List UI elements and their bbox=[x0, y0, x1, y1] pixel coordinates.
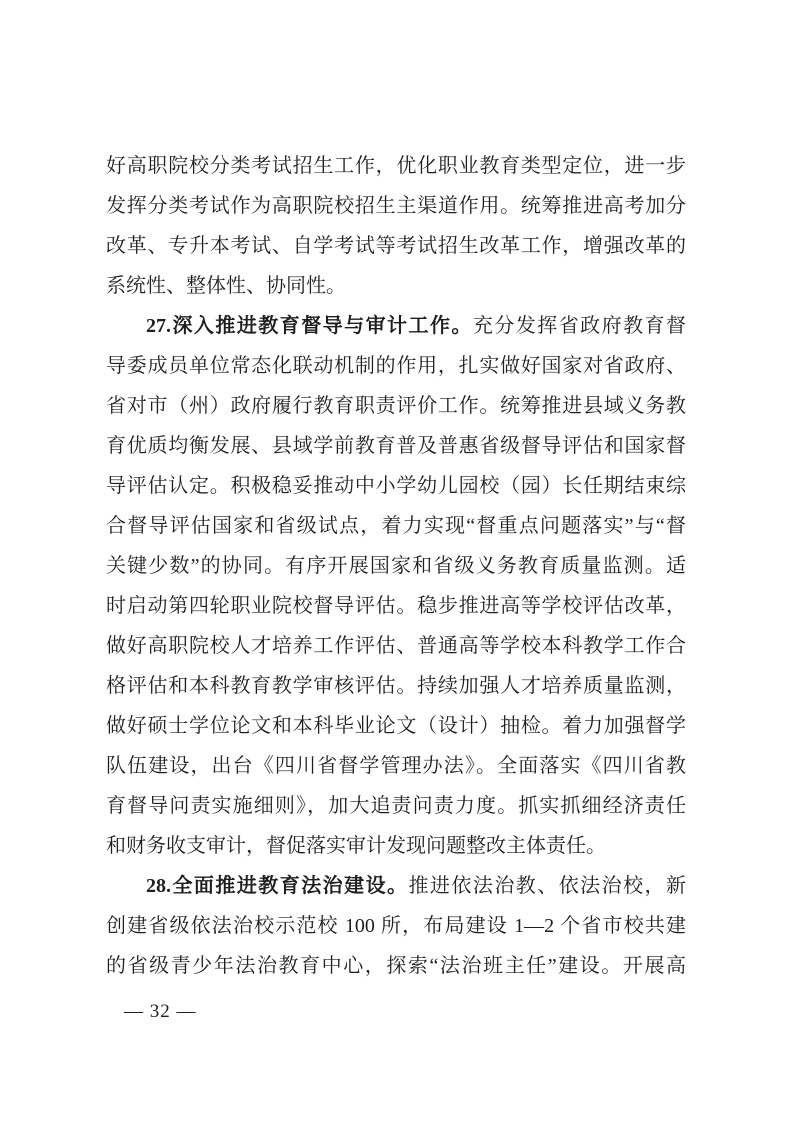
item-heading: 27.深入推进教育督导与审计工作。 bbox=[146, 315, 473, 337]
body-text: 格评估和本科教育教学审核评估。持续加强人才培养质量监测， bbox=[106, 675, 686, 697]
body-text: 创建省级依法治校示范校 100 所，布局建设 1—2 个省市校共建 bbox=[106, 915, 686, 937]
text-line: 发挥分类考试作为高职院校招生主渠道作用。统筹推进高考加分 bbox=[106, 186, 686, 226]
text-line: 做好高职院校人才培养工作评估、普通高等学校本科教学工作合 bbox=[106, 626, 686, 666]
body-text: 育优质均衡发展、县域学前教育普及普惠省级督导评估和国家督 bbox=[106, 435, 686, 457]
item-heading: 28.全面推进教育法治建设。 bbox=[146, 875, 409, 897]
body-text: 做好高职院校人才培养工作评估、普通高等学校本科教学工作合 bbox=[106, 635, 686, 657]
text-line: 格评估和本科教育教学审核评估。持续加强人才培养质量监测， bbox=[106, 666, 686, 706]
body-text: 充分发挥省政府教育督 bbox=[473, 315, 686, 337]
text-line: 的省级青少年法治教育中心，探索“法治班主任”建设。开展高 bbox=[106, 946, 686, 986]
body-text: 系统性、整体性、协同性。 bbox=[106, 275, 346, 297]
body-text: 的省级青少年法治教育中心，探索“法治班主任”建设。开展高 bbox=[106, 955, 686, 977]
text-line: 做好硕士学位论文和本科毕业论文（设计）抽检。着力加强督学 bbox=[106, 706, 686, 746]
body-text: 好高职院校分类考试招生工作，优化职业教育类型定位，进一步 bbox=[106, 155, 686, 177]
body-text: 推进依法治教、依法治校，新 bbox=[409, 875, 687, 897]
text-line: 好高职院校分类考试招生工作，优化职业教育类型定位，进一步 bbox=[106, 146, 686, 186]
body-text: 导评估认定。积极稳妥推动中小学幼儿园校（园）长任期结束综 bbox=[106, 475, 686, 497]
body-text: 和财务收支审计，督促落实审计发现问题整改主体责任。 bbox=[106, 835, 606, 857]
text-line: 27.深入推进教育督导与审计工作。充分发挥省政府教育督 bbox=[106, 306, 686, 346]
text-line: 队伍建设，出台《四川省督学管理办法》。全面落实《四川省教 bbox=[106, 746, 686, 786]
text-line: 改革、专升本考试、自学考试等考试招生改革工作，增强改革的 bbox=[106, 226, 686, 266]
text-line: 育督导问责实施细则》，加大追责问责力度。抓实抓细经济责任 bbox=[106, 786, 686, 826]
body-text: 关键少数”的协同。有序开展国家和省级义务教育质量监测。适 bbox=[106, 555, 686, 577]
body-text: 队伍建设，出台《四川省督学管理办法》。全面落实《四川省教 bbox=[106, 755, 686, 777]
text-line: 导委成员单位常态化联动机制的作用，扎实做好国家对省政府、 bbox=[106, 346, 686, 386]
body-text: 导委成员单位常态化联动机制的作用，扎实做好国家对省政府、 bbox=[106, 355, 686, 377]
text-line: 导评估认定。积极稳妥推动中小学幼儿园校（园）长任期结束综 bbox=[106, 466, 686, 506]
page-number: — 32 — bbox=[124, 1000, 197, 1024]
body-text: 时启动第四轮职业院校督导评估。稳步推进高等学校评估改革， bbox=[106, 595, 686, 617]
body-text: 发挥分类考试作为高职院校招生主渠道作用。统筹推进高考加分 bbox=[106, 195, 686, 217]
text-line: 和财务收支审计，督促落实审计发现问题整改主体责任。 bbox=[106, 826, 686, 866]
body-text: 省对市（州）政府履行教育职责评价工作。统筹推进县域义务教 bbox=[106, 395, 686, 417]
text-line: 关键少数”的协同。有序开展国家和省级义务教育质量监测。适 bbox=[106, 546, 686, 586]
body-text: 育督导问责实施细则》，加大追责问责力度。抓实抓细经济责任 bbox=[106, 795, 686, 817]
text-line: 28.全面推进教育法治建设。推进依法治教、依法治校，新 bbox=[106, 866, 686, 906]
text-line: 创建省级依法治校示范校 100 所，布局建设 1—2 个省市校共建 bbox=[106, 906, 686, 946]
document-page: 好高职院校分类考试招生工作，优化职业教育类型定位，进一步发挥分类考试作为高职院校… bbox=[0, 0, 793, 1122]
body-text: 合督导评估国家和省级试点，着力实现“督重点问题落实”与“督 bbox=[106, 515, 686, 537]
document-body: 好高职院校分类考试招生工作，优化职业教育类型定位，进一步发挥分类考试作为高职院校… bbox=[106, 146, 686, 986]
text-line: 时启动第四轮职业院校督导评估。稳步推进高等学校评估改革， bbox=[106, 586, 686, 626]
body-text: 做好硕士学位论文和本科毕业论文（设计）抽检。着力加强督学 bbox=[106, 715, 686, 737]
text-line: 系统性、整体性、协同性。 bbox=[106, 266, 686, 306]
text-line: 省对市（州）政府履行教育职责评价工作。统筹推进县域义务教 bbox=[106, 386, 686, 426]
text-line: 合督导评估国家和省级试点，着力实现“督重点问题落实”与“督 bbox=[106, 506, 686, 546]
body-text: 改革、专升本考试、自学考试等考试招生改革工作，增强改革的 bbox=[106, 235, 686, 257]
text-line: 育优质均衡发展、县域学前教育普及普惠省级督导评估和国家督 bbox=[106, 426, 686, 466]
